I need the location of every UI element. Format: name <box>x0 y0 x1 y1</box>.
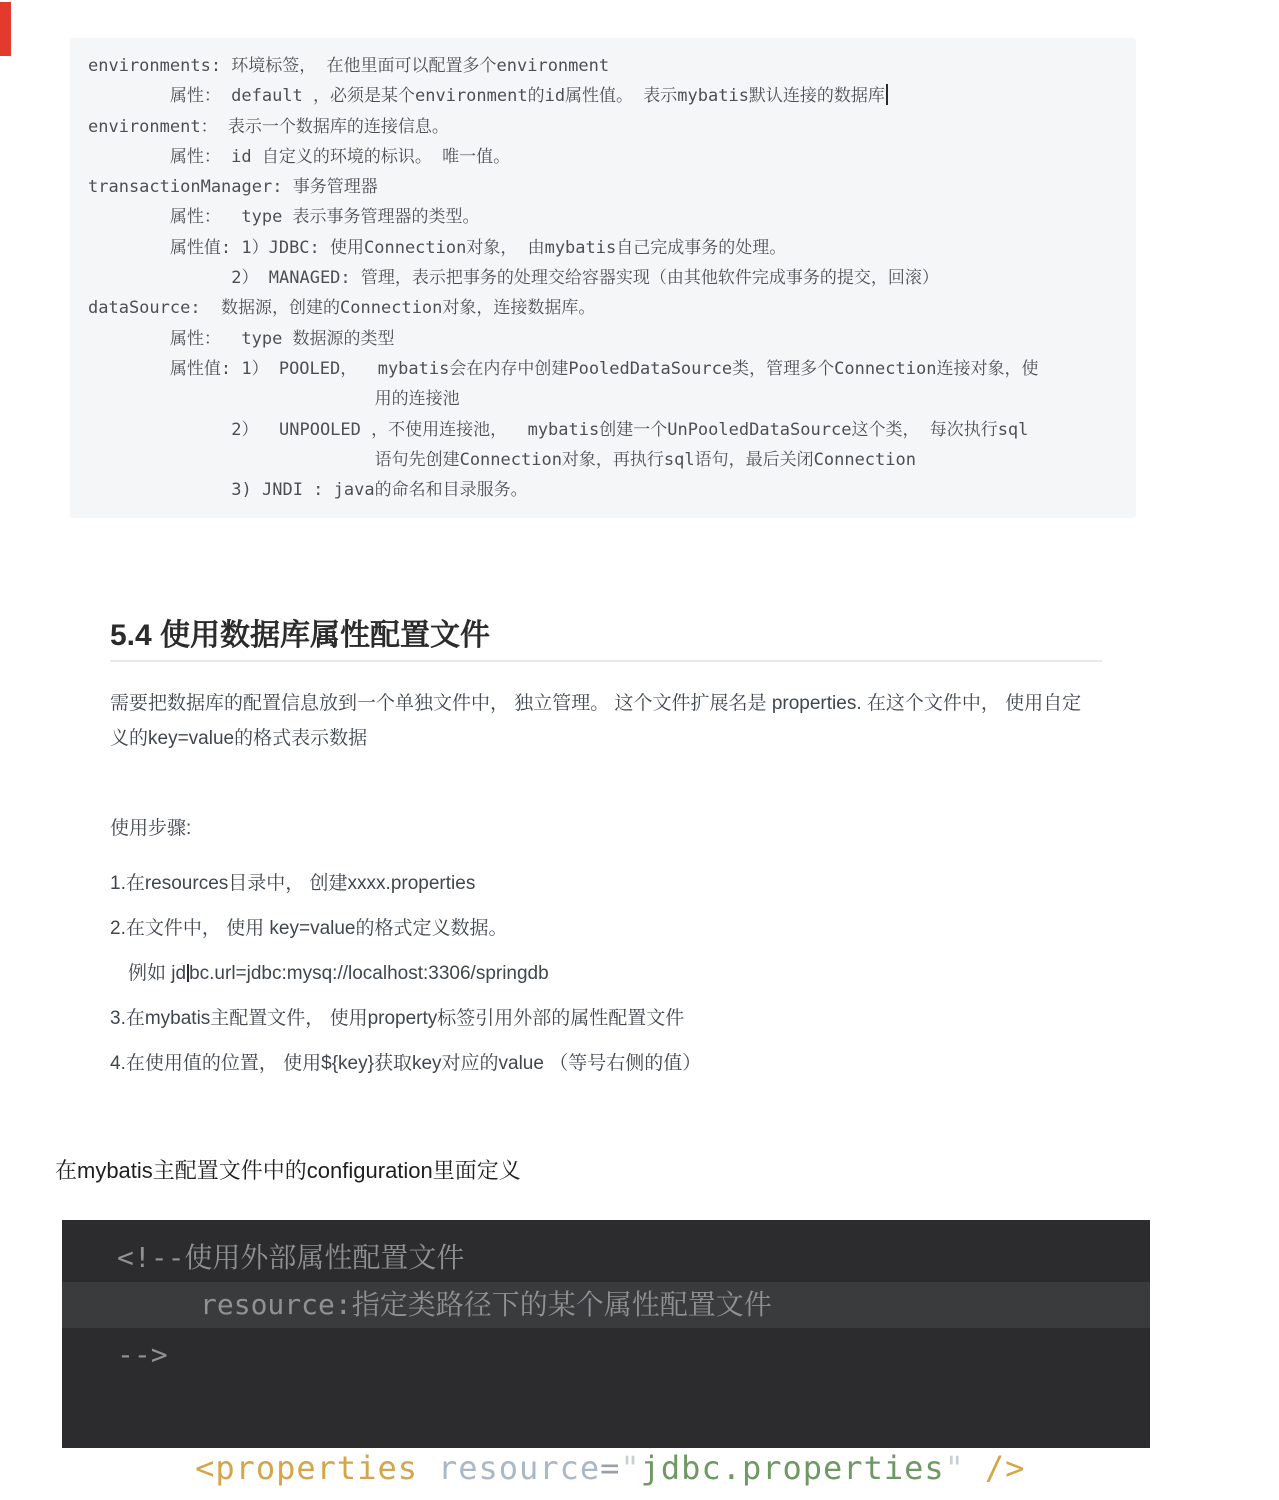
comment-text: resource:指定类路径下的某个属性配置文件 <box>200 1288 772 1321</box>
code-comment-open-line: <!--使用外部属性配置文件 <box>62 1234 1150 1282</box>
note-line: environment： 表示一个数据库的连接信息。 <box>88 112 1120 142</box>
note-line: environments: 环境标签， 在他里面可以配置多个environmen… <box>88 51 1120 81</box>
note-line: transactionManager: 事务管理器 <box>88 172 1120 202</box>
note-line: dataSource: 数据源，创建的Connection对象，连接数据库。 <box>88 293 1120 323</box>
note-line: 属性： type 数据源的类型 <box>88 324 1120 354</box>
xml-equals: = <box>600 1449 620 1487</box>
note-line: 2） MANAGED: 管理，表示把事务的处理交给容器实现（由其他软件完成事务的… <box>88 263 1120 293</box>
note-line: 属性值: 1） POOLED， mybatis会在内存中创建PooledData… <box>88 354 1120 384</box>
step-item-1: 1.在resources目录中， 创建xxxx.properties <box>110 869 1110 899</box>
step-item-3: 3.在mybatis主配置文件， 使用property标签引用外部的属性配置文件 <box>110 1004 1110 1034</box>
section-heading: 5.4 使用数据库属性配置文件 <box>110 610 490 654</box>
note-line: 属性： default ，必须是某个environment的id属性值。 表示m… <box>88 81 1120 111</box>
section-intro-paragraph: 需要把数据库的配置信息放到一个单独文件中， 独立管理。 这个文件扩展名是 pro… <box>110 686 1092 756</box>
example-text-post: bc.url=jdbc:mysq://localhost:3306/spring… <box>189 963 549 984</box>
comment-text: --> <box>117 1338 168 1371</box>
note-line: 属性： id 自定义的环境的标识。 唯一值。 <box>88 142 1120 172</box>
code-comment-highlighted-line: resource:指定类路径下的某个属性配置文件 <box>62 1282 1150 1328</box>
xml-quote: " <box>945 1449 965 1487</box>
heading-underline <box>110 660 1102 662</box>
xml-tag-open: <properties <box>195 1449 418 1487</box>
note-line: 2） UNPOOLED ，不使用连接池， mybatis创建一个UnPooled… <box>88 415 1120 445</box>
note-line: 用的连接池 <box>88 384 1120 414</box>
config-notes-editor[interactable]: environments: 环境标签， 在他里面可以配置多个environmen… <box>70 38 1136 518</box>
xml-tag-close: /> <box>985 1449 1026 1487</box>
step-item-2: 2.在文件中， 使用 key=value的格式定义数据。 <box>110 914 1110 944</box>
xml-quote: " <box>620 1449 640 1487</box>
text-cursor <box>886 84 888 105</box>
comment-text: <!--使用外部属性配置文件 <box>117 1241 464 1274</box>
example-text-pre: 例如 jd <box>128 963 186 984</box>
code-caption: 在mybatis主配置文件中的configuration里面定义 <box>55 1156 521 1186</box>
note-line-text: 属性： default ，必须是某个environment的id属性值。 表示m… <box>88 86 885 106</box>
note-line: 3) JNDI : java的命名和目录服务。 <box>88 475 1120 505</box>
note-line: 语句先创建Connection对象，再执行sql语句，最后关闭Connectio… <box>88 445 1120 475</box>
xml-attr-name: resource <box>438 1449 600 1487</box>
note-line: 属性： type 表示事务管理器的类型。 <box>88 202 1120 232</box>
steps-label: 使用步骤: <box>110 814 1110 844</box>
code-properties-line: <propertiesresource="jdbc.properties"/> <box>62 1378 1150 1440</box>
xml-attr-value: jdbc.properties <box>641 1449 945 1487</box>
step-example[interactable]: 例如 jdbc.url=jdbc:mysq://localhost:3306/s… <box>110 959 1110 989</box>
red-marker <box>0 2 11 56</box>
usage-steps: 使用步骤: 1.在resources目录中， 创建xxxx.properties… <box>110 814 1110 1094</box>
ide-code-screenshot: <!--使用外部属性配置文件 resource:指定类路径下的某个属性配置文件 … <box>62 1220 1150 1448</box>
step-item-4: 4.在使用值的位置， 使用${key}获取key对应的value （等号右侧的值… <box>110 1049 1110 1079</box>
code-comment-close-line: --> <box>62 1328 1150 1378</box>
note-line: 属性值: 1）JDBC: 使用Connection对象， 由mybatis自己完… <box>88 233 1120 263</box>
